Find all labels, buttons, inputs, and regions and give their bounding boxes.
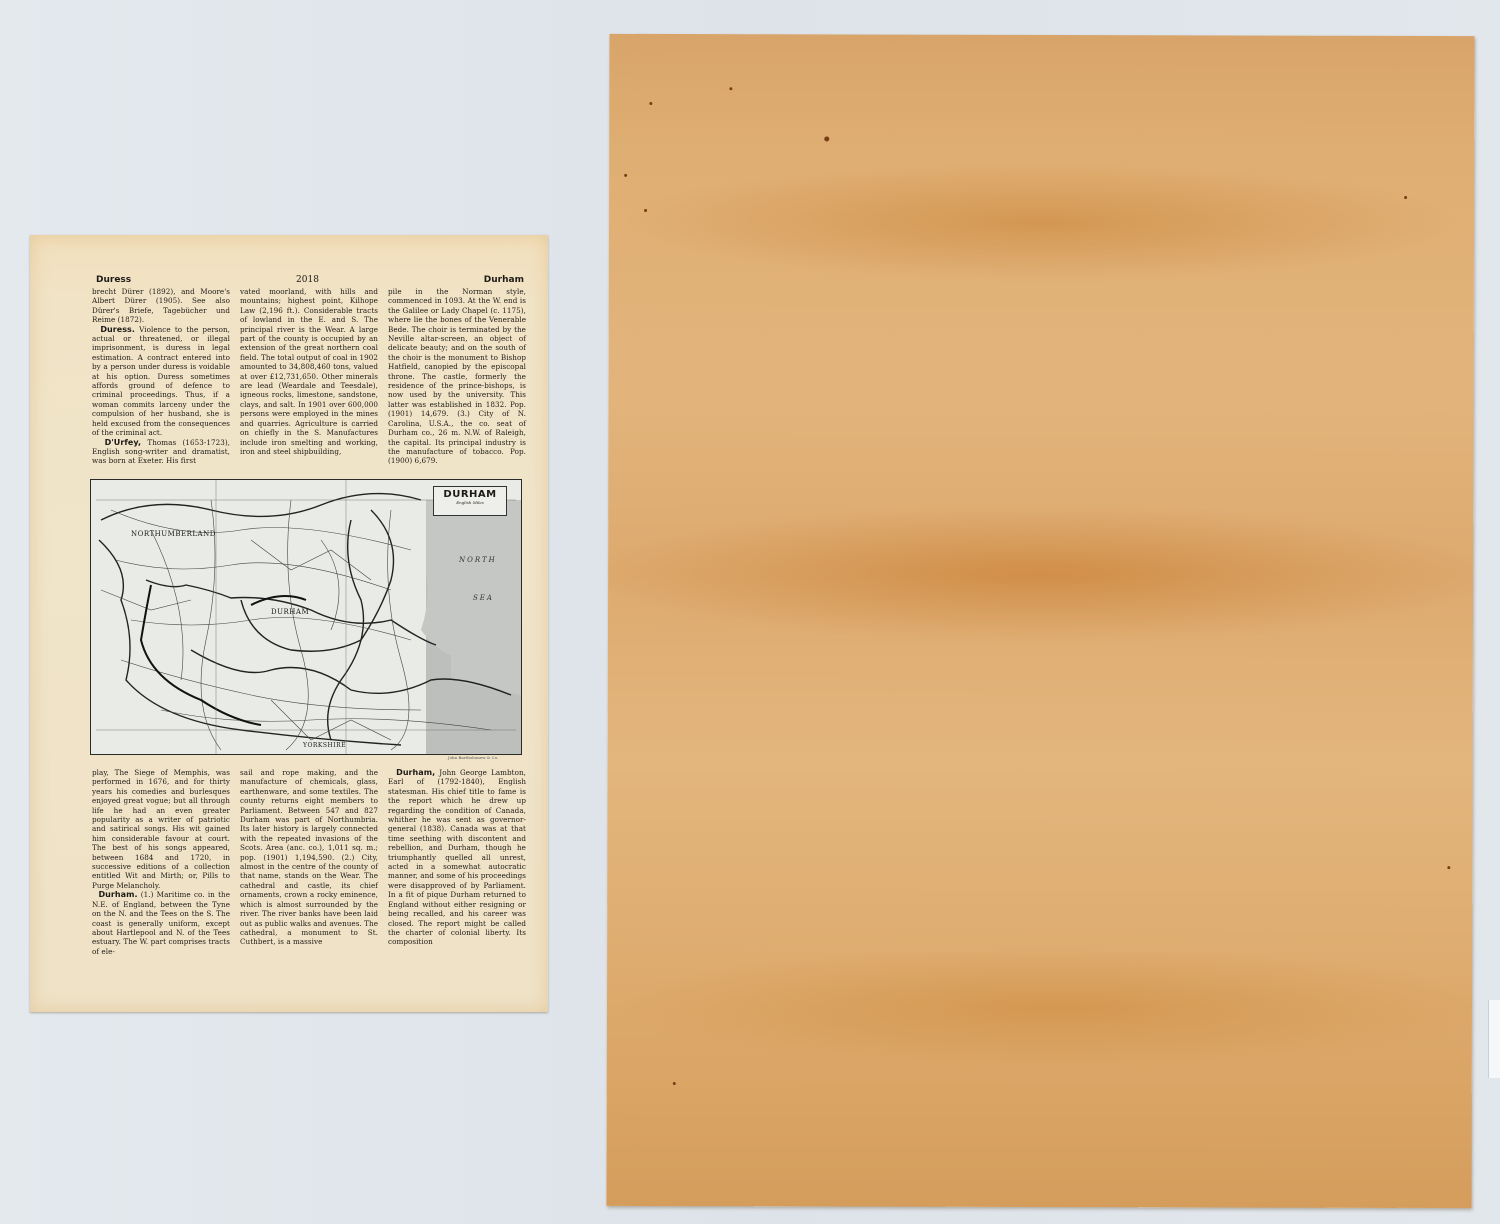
bottom-text-columns: play, The Siege of Memphis, was performe… [92, 768, 526, 956]
running-head-right: Durham [484, 275, 524, 285]
map-credit: John Bartholomew & Co. [448, 755, 498, 760]
encyclopedia-page: Duress 2018 Durham brecht Dürer (1892), … [30, 235, 548, 1012]
headword: D'Urfey, [105, 438, 141, 447]
map-label-northumberland: NORTHUMBERLAND [131, 530, 216, 538]
text-column-3: Durham, John George Lambton, Earl of (17… [388, 768, 526, 956]
foxing-spot [1447, 866, 1450, 869]
paragraph: (1.) Maritime co. in the N.E. of England… [92, 890, 230, 955]
text-column-2: vated moorland, with hills and mountains… [240, 287, 378, 466]
foxing-spot [673, 1082, 676, 1085]
map-title-box: DURHAM English Miles [433, 486, 507, 516]
text-column-2: sail and rope making, and the manufactur… [240, 768, 378, 956]
foxing-spot [644, 209, 647, 212]
map-title: DURHAM [434, 489, 506, 500]
foxing-spot [729, 87, 732, 90]
foxing-spot [649, 102, 652, 105]
headword: Duress. [100, 325, 135, 334]
paragraph: vated moorland, with hills and mountains… [240, 287, 378, 456]
headword: Durham, [396, 768, 435, 777]
running-head: Duress 2018 Durham [96, 275, 524, 285]
headword: Durham. [98, 890, 137, 899]
map-scale-label: English Miles [434, 500, 506, 505]
map-label-north: NORTH [459, 556, 497, 564]
map-label-durham: DURHAM [271, 608, 309, 616]
paragraph: pile in the Norman style, commenced in 1… [388, 287, 526, 465]
text-column-3: pile in the Norman style, commenced in 1… [388, 287, 526, 466]
edge-of-white-object [1488, 1000, 1500, 1078]
blank-stained-sheet [606, 34, 1474, 1208]
foxing-spot [824, 136, 829, 141]
paragraph: John George Lambton, Earl of (1792-1840)… [388, 768, 526, 946]
map-label-yorkshire: YORKSHIRE [303, 742, 346, 749]
durham-map: DURHAM English Miles NORTHUMBERLAND DURH… [90, 479, 522, 755]
foxing-spot [1404, 196, 1407, 199]
text-column-1: play, The Siege of Memphis, was performe… [92, 768, 230, 956]
paragraph: Violence to the person, actual or threat… [92, 325, 230, 437]
foxing-spot [624, 174, 627, 177]
map-label-sea: SEA [473, 594, 494, 602]
running-head-left: Duress [96, 275, 131, 285]
page-number: 2018 [296, 275, 319, 285]
paragraph: brecht Dürer (1892), and Moore's Albert … [92, 287, 230, 324]
map-linework [91, 480, 521, 754]
paragraph: play, The Siege of Memphis, was performe… [92, 768, 230, 890]
paragraph: sail and rope making, and the manufactur… [240, 768, 378, 946]
text-column-1: brecht Dürer (1892), and Moore's Albert … [92, 287, 230, 466]
top-text-columns: brecht Dürer (1892), and Moore's Albert … [92, 287, 526, 466]
